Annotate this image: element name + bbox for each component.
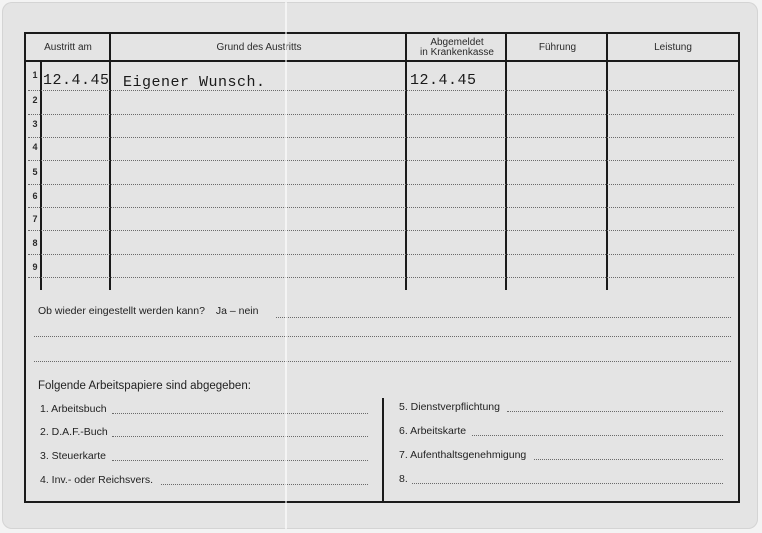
row-number: 8 <box>29 238 41 248</box>
paper-arbeitskarte-line[interactable] <box>472 435 723 436</box>
paper-daf-buch: 2. D.A.F.-Buch <box>40 426 108 438</box>
header-leistung: Leistung <box>608 34 738 62</box>
paper-arbeitsbuch: 1. Arbeitsbuch <box>40 403 107 415</box>
row-separator <box>28 160 734 161</box>
row-number: 9 <box>29 262 41 272</box>
column-divider-3 <box>505 34 507 290</box>
column-divider-4 <box>606 34 608 290</box>
papers-column-divider <box>382 398 384 501</box>
row-separator <box>28 137 734 138</box>
row-separator <box>28 114 734 115</box>
row-separator <box>28 277 734 278</box>
header-fuehrung: Führung <box>507 34 608 62</box>
paper-8: 8. <box>399 473 408 485</box>
paper-aufenthaltsgenehmigung-line[interactable] <box>534 459 723 460</box>
rehire-answer-line[interactable] <box>276 317 731 318</box>
paper-dienstverpflichtung-line[interactable] <box>507 411 723 412</box>
paper-steuerkarte: 3. Steuerkarte <box>40 450 106 462</box>
paper-steuerkarte-line[interactable] <box>112 460 368 461</box>
row-number: 1 <box>29 70 41 80</box>
header-austritt-am: Austritt am <box>26 34 110 62</box>
cell-grund[interactable]: Eigener Wunsch. <box>123 74 266 91</box>
row-number: 6 <box>29 191 41 201</box>
cell-austritt-am[interactable]: 12.4.45 <box>43 72 110 89</box>
row-number: 7 <box>29 214 41 224</box>
row-separator <box>28 184 734 185</box>
remarks-line-2[interactable] <box>34 361 731 362</box>
row-number: 3 <box>29 119 41 129</box>
row-separator <box>28 254 734 255</box>
rehire-options: Ja – nein <box>216 305 259 317</box>
row-number: 5 <box>29 167 41 177</box>
rehire-question: Ob wieder eingestellt werden kann? <box>38 305 205 317</box>
header-grund-des-austritts: Grund des Austritts <box>111 34 407 62</box>
paper-daf-buch-line[interactable] <box>112 436 368 437</box>
row-separator <box>28 230 734 231</box>
paper-arbeitsbuch-line[interactable] <box>112 413 368 414</box>
paper-aufenthaltsgenehmigung: 7. Aufenthaltsgenehmigung <box>399 449 526 461</box>
paper-dienstverpflichtung: 5. Dienstverpflichtung <box>399 401 500 413</box>
row-separator <box>28 207 734 208</box>
cell-abgemeldet[interactable]: 12.4.45 <box>410 72 477 89</box>
paper-reichsvers: 4. Inv.- oder Reichsvers. <box>40 474 153 486</box>
row-number: 2 <box>29 95 41 105</box>
paper-reichsvers-line[interactable] <box>161 484 368 485</box>
remarks-line-1[interactable] <box>34 336 731 337</box>
paper-arbeitskarte: 6. Arbeitskarte <box>399 425 466 437</box>
paper-8-line[interactable] <box>412 483 723 484</box>
header-abgemeldet-line2: in Krankenkasse <box>420 48 494 58</box>
papers-heading: Folgende Arbeitspapiere sind abgegeben: <box>38 380 251 392</box>
header-abgemeldet: Abgemeldet in Krankenkasse <box>407 34 507 62</box>
employment-record-card: Austritt am Grund des Austritts Abgemeld… <box>2 2 758 529</box>
form-frame: Austritt am Grund des Austritts Abgemeld… <box>24 32 740 503</box>
header-divider <box>26 60 738 62</box>
row-number: 4 <box>29 142 41 152</box>
rehire-question-label: Ob wieder eingestellt werden kann? Ja – … <box>38 305 258 317</box>
column-divider-2 <box>405 34 407 290</box>
